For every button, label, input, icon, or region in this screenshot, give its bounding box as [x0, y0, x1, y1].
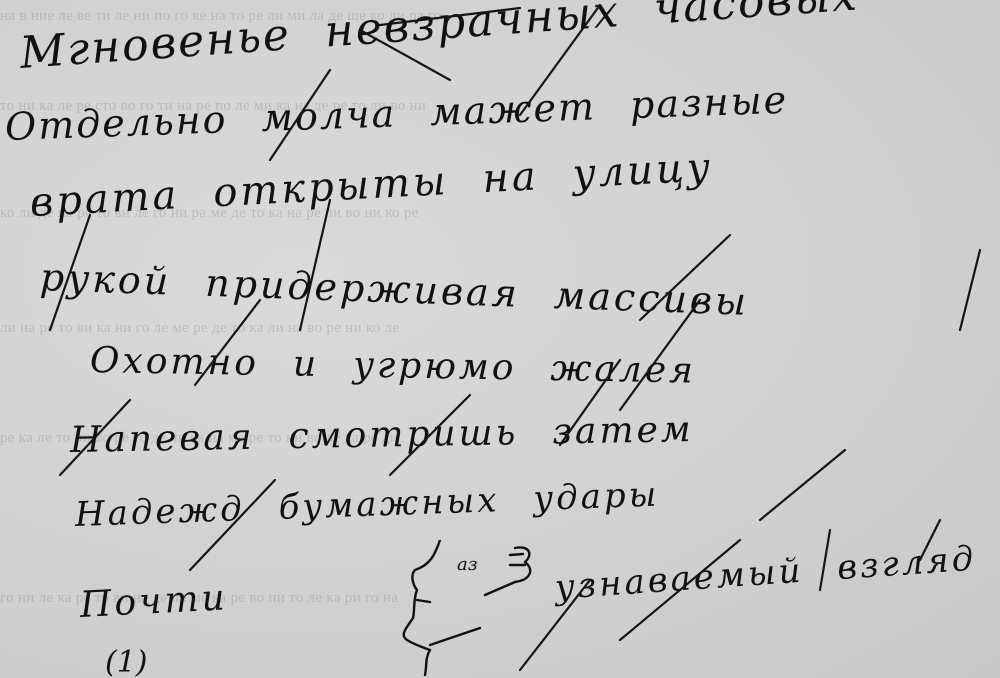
svg-text:аз: аз — [457, 554, 478, 575]
manuscript-page: на в ние ле ве ти ле ни по го ке на то р… — [0, 0, 1000, 678]
profile-sketch-icon: аз — [385, 540, 565, 678]
